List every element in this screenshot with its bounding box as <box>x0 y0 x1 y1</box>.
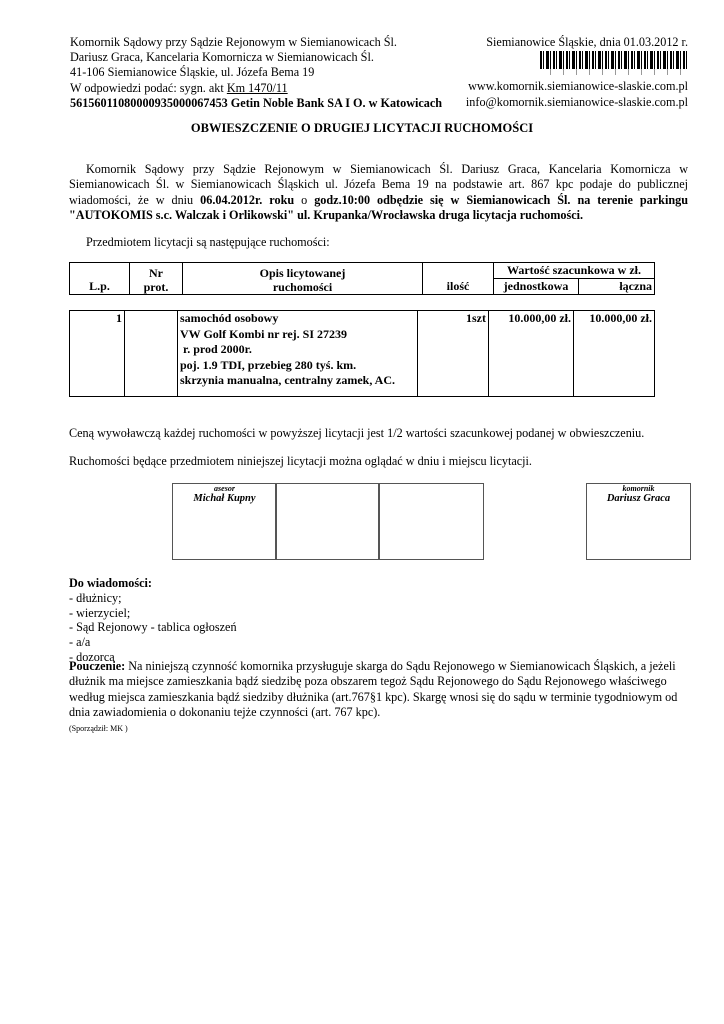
cell-lp: 1 <box>70 311 125 397</box>
komornik-role: komornik <box>587 484 690 493</box>
office-subtitle: Dariusz Graca, Kancelaria Komornicza w S… <box>70 50 442 65</box>
header-jednostkowa: jednostkowa <box>494 279 579 295</box>
komornik-name: Dariusz Graca <box>587 493 690 504</box>
header-lp: L.p. <box>70 263 130 295</box>
website-link[interactable]: www.komornik.siemianowice-slaskie.com.pl <box>466 79 688 94</box>
office-address: 41-106 Siemianowice Śląskie, ul. Józefa … <box>70 65 442 80</box>
header-opis: Opis licytowanejruchomości <box>183 263 423 295</box>
signature-box-empty-1 <box>275 483 380 560</box>
document-meta: Siemianowice Śląskie, dnia 01.03.2012 r.… <box>466 35 688 110</box>
prepared-by: (Sporządził: MK ) <box>69 721 694 736</box>
header-laczna: łączna <box>579 279 655 295</box>
cell-laczna: 10.000,00 zł. <box>574 311 655 397</box>
asesor-name: Michał Kupny <box>173 493 276 504</box>
intro-paragraph: Komornik Sądowy przy Sądzie Rejonowym w … <box>69 162 688 224</box>
list-item: - wierzyciel; <box>69 606 237 621</box>
cell-ilosc: 1szt <box>418 311 489 397</box>
cell-jednostkowa: 10.000,00 zł. <box>489 311 574 397</box>
signature-box-komornik: komornik Dariusz Graca <box>586 483 691 560</box>
document-title: OBWIESZCZENIE O DRUGIEJ LICYTACJI RUCHOM… <box>0 121 724 136</box>
items-table-header: L.p. Nrprot. Opis licytowanejruchomości … <box>69 262 655 295</box>
case-reference: W odpowiedzi podać: sygn. akt Km 1470/11 <box>70 81 442 96</box>
cell-opis: samochód osobowy VW Golf Kombi nr rej. S… <box>178 311 418 397</box>
asesor-role: asesor <box>173 484 276 493</box>
office-name: Komornik Sądowy przy Sądzie Rejonowym w … <box>70 35 442 50</box>
legal-notice: Pouczenie: Na niniejszą czynność komorni… <box>69 659 694 736</box>
list-item: - dłużnicy; <box>69 591 237 606</box>
price-note: Ceną wywoławczą każdej ruchomości w powy… <box>69 426 688 441</box>
bank-account: 56156011080000935000067453 Getin Noble B… <box>70 96 442 111</box>
legal-notice-label: Pouczenie: <box>69 659 125 673</box>
distribution-list: Do wiadomości: - dłużnicy; - wierzyciel;… <box>69 576 237 665</box>
header-wartosc: Wartość szacunkowa w zł. <box>494 263 655 279</box>
legal-notice-text: Na niniejszą czynność komornika przysług… <box>69 659 677 719</box>
signature-box-empty-2 <box>378 483 484 560</box>
bailiff-header: Komornik Sądowy przy Sądzie Rejonowym w … <box>70 35 442 111</box>
header-ilosc: ilość <box>423 263 494 295</box>
email-link[interactable]: info@komornik.siemianowice-slaskie.com.p… <box>466 95 688 110</box>
document-date: Siemianowice Śląskie, dnia 01.03.2012 r. <box>466 35 688 50</box>
barcode-icon <box>540 51 688 75</box>
viewing-note: Ruchomości będące przedmiotem niniejszej… <box>69 454 688 469</box>
items-table: 1 samochód osobowy VW Golf Kombi nr rej.… <box>69 310 655 397</box>
distribution-heading: Do wiadomości: <box>69 576 237 591</box>
table-row: 1 samochód osobowy VW Golf Kombi nr rej.… <box>70 311 655 397</box>
header-nr: Nrprot. <box>130 263 183 295</box>
case-number: Km 1470/11 <box>227 81 288 95</box>
signature-box-asesor: asesor Michał Kupny <box>172 483 277 560</box>
cell-nr <box>125 311 178 397</box>
list-item: - Sąd Rejonowy - tablica ogłoszeń <box>69 620 237 635</box>
subject-line: Przedmiotem licytacji są następujące ruc… <box>69 235 688 250</box>
list-item: - a/a <box>69 635 237 650</box>
